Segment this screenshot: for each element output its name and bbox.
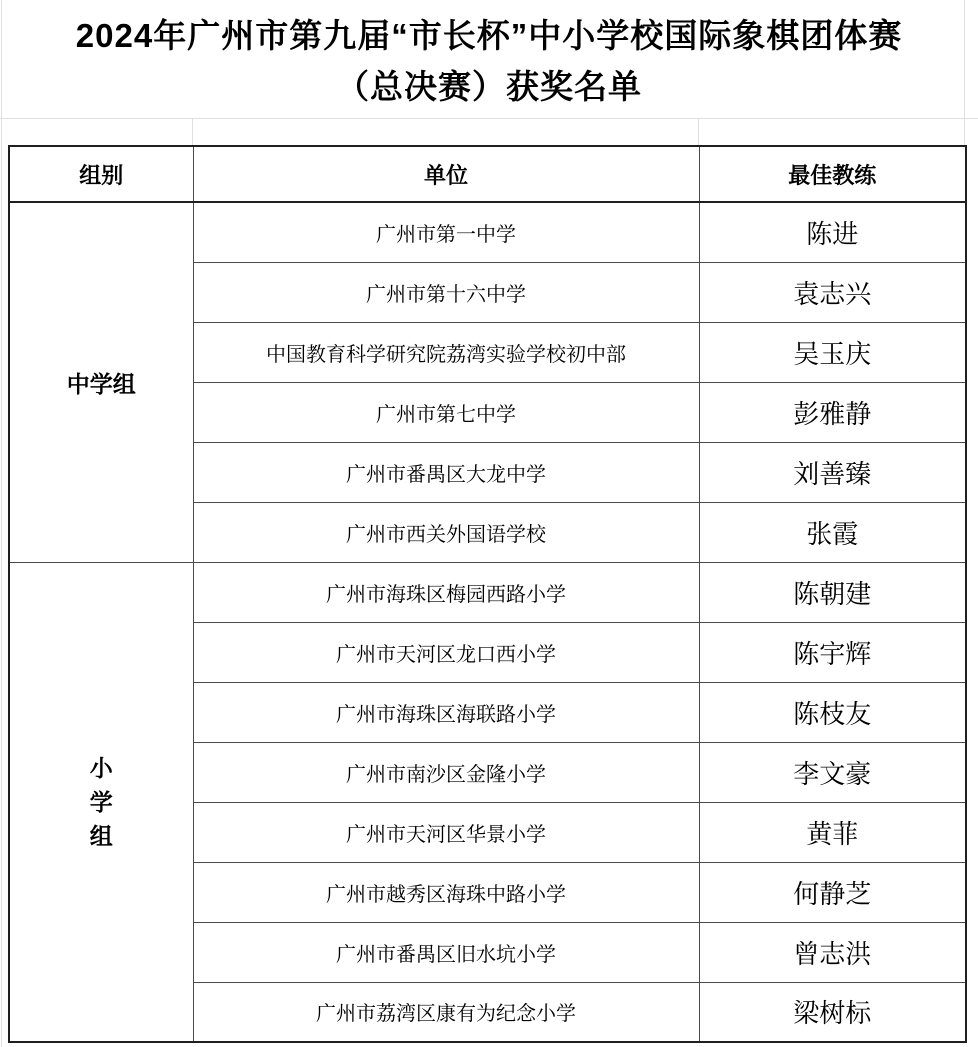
page-title-line-2: （总决赛）获奖名单 [0,61,978,112]
unit-cell: 广州市西关外国语学校 [193,502,699,562]
coach-cell: 曾志洪 [699,922,966,982]
coach-cell: 陈宇辉 [699,622,966,682]
awards-table: 组别 单位 最佳教练 中学组广州市第一中学陈进广州市第十六中学袁志兴中国教育科学… [8,145,967,1043]
page-title: 2024年广州市第九届“市长杯”中小学校国际象棋团体赛 （总决赛）获奖名单 [0,10,978,112]
gridline [698,118,699,145]
coach-cell: 袁志兴 [699,262,966,322]
unit-cell: 广州市南沙区金隆小学 [193,742,699,802]
unit-cell: 广州市番禺区大龙中学 [193,442,699,502]
unit-cell: 广州市天河区龙口西小学 [193,622,699,682]
coach-cell: 黄菲 [699,802,966,862]
unit-cell: 广州市番禺区旧水坑小学 [193,922,699,982]
unit-cell: 广州市越秀区海珠中路小学 [193,862,699,922]
coach-cell: 李文豪 [699,742,966,802]
coach-cell: 刘善臻 [699,442,966,502]
header-group: 组别 [9,146,193,202]
unit-cell: 广州市第七中学 [193,382,699,442]
awards-table-body: 中学组广州市第一中学陈进广州市第十六中学袁志兴中国教育科学研究院荔湾实验学校初中… [9,202,966,1042]
coach-cell: 陈进 [699,202,966,262]
group-cell: 中学组 [9,202,193,562]
unit-cell: 广州市海珠区梅园西路小学 [193,562,699,622]
coach-cell: 吴玉庆 [699,322,966,382]
header-unit: 单位 [193,146,699,202]
group-cell: 小学组 [9,562,193,1042]
coach-cell: 彭雅静 [699,382,966,442]
unit-cell: 广州市第十六中学 [193,262,699,322]
gridline [1,0,2,1047]
coach-cell: 陈朝建 [699,562,966,622]
gridline [0,118,978,119]
table-row: 小学组广州市海珠区梅园西路小学陈朝建 [9,562,966,622]
coach-cell: 梁树标 [699,982,966,1042]
unit-cell: 广州市天河区华景小学 [193,802,699,862]
table-row: 中学组广州市第一中学陈进 [9,202,966,262]
unit-cell: 广州市荔湾区康有为纪念小学 [193,982,699,1042]
coach-cell: 张霞 [699,502,966,562]
header-row: 组别 单位 最佳教练 [9,146,966,202]
unit-cell: 广州市第一中学 [193,202,699,262]
page-title-line-1: 2024年广州市第九届“市长杯”中小学校国际象棋团体赛 [0,10,978,61]
unit-cell: 广州市海珠区海联路小学 [193,682,699,742]
gridline [192,118,193,145]
unit-cell: 中国教育科学研究院荔湾实验学校初中部 [193,322,699,382]
coach-cell: 何静芝 [699,862,966,922]
header-coach: 最佳教练 [699,146,966,202]
coach-cell: 陈枝友 [699,682,966,742]
